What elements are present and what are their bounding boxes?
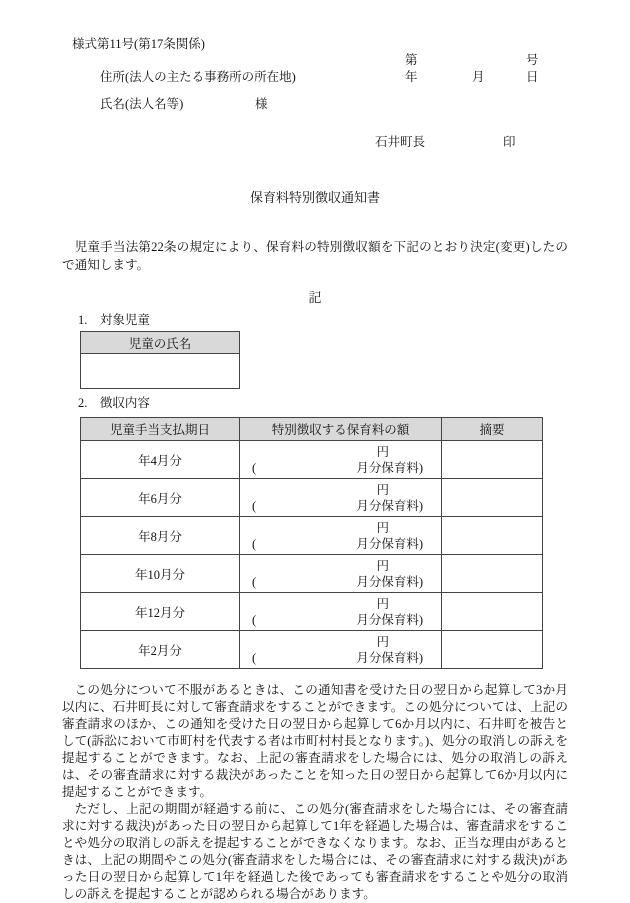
name-label: 氏名(法人名等) (100, 97, 183, 112)
child-name-cell (81, 354, 240, 389)
child-name-header: 児童の氏名 (81, 332, 240, 354)
seal-mark: 印 (503, 135, 516, 150)
note-cell (442, 479, 543, 517)
payment-period: 年8月分 (81, 517, 240, 555)
fee-amount-cell: 円 ( 月分保育料) (240, 631, 442, 669)
note-cell (442, 517, 543, 555)
yen-unit-label: 円 (240, 558, 441, 574)
note-cell (442, 631, 543, 669)
payment-period: 年12月分 (81, 593, 240, 631)
payment-period: 年10月分 (81, 555, 240, 593)
monthly-fee-label: 月分保育料) (356, 650, 423, 666)
paren-open: ( (252, 650, 256, 666)
fee-amount-cell: 円 ( 月分保育料) (240, 593, 442, 631)
yen-unit-label: 円 (240, 482, 441, 498)
honorific-label: 様 (255, 97, 268, 112)
section2-heading: 2. 徴収内容 (78, 396, 150, 411)
monthly-fee-label: 月分保育料) (356, 460, 423, 476)
table-row: 年6月分 円 ( 月分保育料) (81, 479, 543, 517)
paren-open: ( (252, 460, 256, 476)
paren-open: ( (252, 574, 256, 590)
paren-open: ( (252, 498, 256, 514)
table-header-row: 児童の氏名 (81, 332, 240, 354)
payment-period: 年4月分 (81, 441, 240, 479)
payment-period: 年2月分 (81, 631, 240, 669)
appeal-note-paragraph-1: この処分について不服があるときは、この通知書を受けた日の翌日から起算して3か月以… (62, 682, 568, 801)
col-header-note: 摘要 (442, 418, 543, 441)
page-title: 保育料特別徴収通知書 (0, 187, 630, 206)
doc-number-prefix: 第 (405, 53, 418, 68)
note-cell (442, 593, 543, 631)
table-row: 年2月分 円 ( 月分保育料) (81, 631, 543, 669)
section1-heading: 1. 対象児童 (78, 313, 150, 328)
note-cell (442, 555, 543, 593)
collection-table: 児童手当支払期日 特別徴収する保育料の額 摘要 年4月分 円 ( 月分保育料) … (80, 417, 543, 669)
yen-unit-label: 円 (240, 596, 441, 612)
monthly-fee-label: 月分保育料) (356, 574, 423, 590)
doc-number-suffix: 号 (526, 53, 539, 68)
monthly-fee-label: 月分保育料) (356, 612, 423, 628)
intro-paragraph: 児童手当法第22条の規定により、保育料の特別徴収額を下記のとおり決定(変更)した… (62, 239, 568, 274)
document-page: 様式第11号(第17条関係) 第 号 住所(法人の主たる事務所の所在地) 年 月… (0, 0, 630, 903)
appeal-notes: この処分について不服があるときは、この通知書を受けた日の翌日から起算して3か月以… (62, 682, 568, 903)
yen-unit-label: 円 (240, 634, 441, 650)
table-row (81, 354, 240, 389)
fee-amount-cell: 円 ( 月分保育料) (240, 517, 442, 555)
monthly-fee-label: 月分保育料) (356, 536, 423, 552)
col-header-payment-period: 児童手当支払期日 (81, 418, 240, 441)
child-name-table: 児童の氏名 (80, 331, 240, 389)
paren-open: ( (252, 536, 256, 552)
table-row: 年4月分 円 ( 月分保育料) (81, 441, 543, 479)
record-mark: 記 (0, 287, 630, 306)
payment-period: 年6月分 (81, 479, 240, 517)
table-row: 年8月分 円 ( 月分保育料) (81, 517, 543, 555)
table-header-row: 児童手当支払期日 特別徴収する保育料の額 摘要 (81, 418, 543, 441)
yen-unit-label: 円 (240, 444, 441, 460)
date-day-label: 日 (526, 70, 539, 85)
issuer-name: 石井町長 (375, 135, 425, 150)
address-label: 住所(法人の主たる事務所の所在地) (100, 70, 296, 85)
paren-open: ( (252, 612, 256, 628)
date-year-label: 年 (405, 70, 418, 85)
table-row: 年12月分 円 ( 月分保育料) (81, 593, 543, 631)
fee-amount-cell: 円 ( 月分保育料) (240, 441, 442, 479)
col-header-fee-amount: 特別徴収する保育料の額 (240, 418, 442, 441)
table-row: 年10月分 円 ( 月分保育料) (81, 555, 543, 593)
fee-amount-cell: 円 ( 月分保育料) (240, 479, 442, 517)
date-month-label: 月 (472, 70, 485, 85)
note-cell (442, 441, 543, 479)
form-number: 様式第11号(第17条関係) (72, 37, 205, 52)
monthly-fee-label: 月分保育料) (356, 498, 423, 514)
fee-amount-cell: 円 ( 月分保育料) (240, 555, 442, 593)
appeal-note-paragraph-2: ただし、上記の期間が経過する前に、この処分(審査請求をした場合には、その審査請求… (62, 801, 568, 903)
yen-unit-label: 円 (240, 520, 441, 536)
